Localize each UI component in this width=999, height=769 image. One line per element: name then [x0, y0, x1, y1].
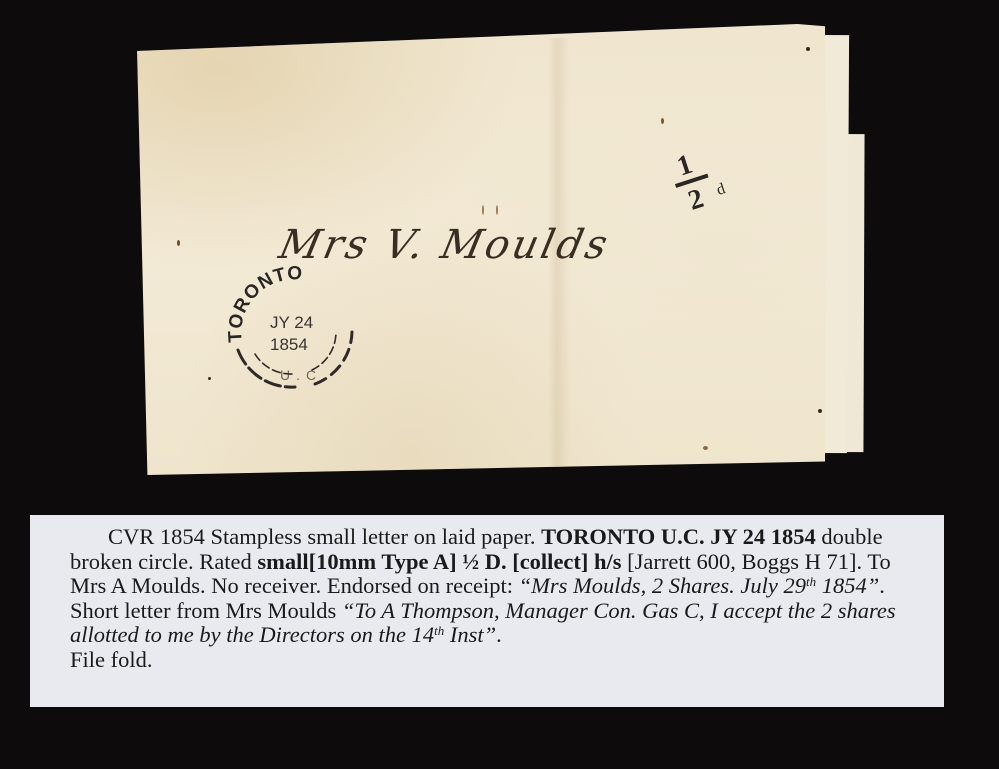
paper-speck — [661, 118, 664, 124]
caption-line: File fold. — [70, 648, 944, 673]
caption-line: CVR 1854 Stampless small letter on laid … — [70, 525, 944, 550]
caption-segment: “Mrs Moulds, 2 Shares. July 29 — [519, 573, 806, 598]
caption-line: allotted to me by the Directors on the 1… — [70, 623, 944, 648]
rate-denominator: 2 — [684, 183, 707, 217]
caption-line: broken circle. Rated small[10mm Type A] … — [70, 550, 944, 575]
paper-speck — [208, 377, 211, 380]
toronto-postmark: TORONTO JY 24 1854 U.C. — [220, 262, 370, 392]
paper-speck — [818, 409, 822, 413]
paper-speck — [496, 205, 498, 215]
paper-speck — [806, 47, 810, 51]
caption-segment: . — [879, 573, 885, 598]
description-caption: CVR 1854 Stampless small letter on laid … — [30, 515, 944, 707]
postmark-province: U.C. — [280, 367, 332, 383]
caption-segment: Mrs A Moulds. No receiver. Endorsed on r… — [70, 573, 519, 598]
handwritten-address: Mrs V. Moulds — [275, 222, 614, 268]
rate-suffix: d — [715, 180, 728, 199]
caption-segment: CVR 1854 Stampless small letter on laid … — [108, 524, 541, 549]
caption-segment: th — [806, 574, 816, 589]
caption-line: Short letter from Mrs Moulds “To A Thomp… — [70, 599, 944, 624]
caption-line: Mrs A Moulds. No receiver. Endorsed on r… — [70, 574, 944, 599]
paper-speck — [177, 240, 180, 246]
rate-numerator: 1 — [673, 149, 696, 183]
caption-segment: double — [816, 524, 883, 549]
caption-segment: . — [496, 622, 502, 647]
caption-segment: broken circle. Rated — [70, 549, 257, 574]
caption-segment: Short letter from Mrs Moulds — [70, 598, 342, 623]
caption-segment: th — [434, 623, 444, 638]
paper-speck — [482, 205, 484, 215]
caption-segment: 1854” — [816, 573, 879, 598]
caption-segment: allotted to me by the Directors on the 1… — [70, 622, 434, 647]
caption-segment: small[10mm Type A] ½ D. [collect] h/s — [257, 549, 621, 574]
rate-handstamp: 1 2 d — [660, 132, 740, 222]
postmark-year: 1854 — [270, 335, 308, 354]
caption-segment: “To A Thompson, Manager Con. Gas C, I ac… — [342, 598, 896, 623]
caption-text: CVR 1854 Stampless small letter on laid … — [70, 525, 944, 673]
caption-segment: [Jarrett 600, Boggs H 71]. To — [622, 549, 891, 574]
postal-cover: TORONTO JY 24 1854 U.C. 1 2 d Mrs V. Mou… — [0, 0, 999, 500]
postmark-date: JY 24 — [270, 313, 313, 332]
caption-segment: TORONTO U.C. JY 24 1854 — [541, 524, 816, 549]
caption-segment: Inst” — [444, 622, 496, 647]
caption-segment: File fold. — [70, 647, 153, 672]
paper-speck — [703, 446, 708, 450]
